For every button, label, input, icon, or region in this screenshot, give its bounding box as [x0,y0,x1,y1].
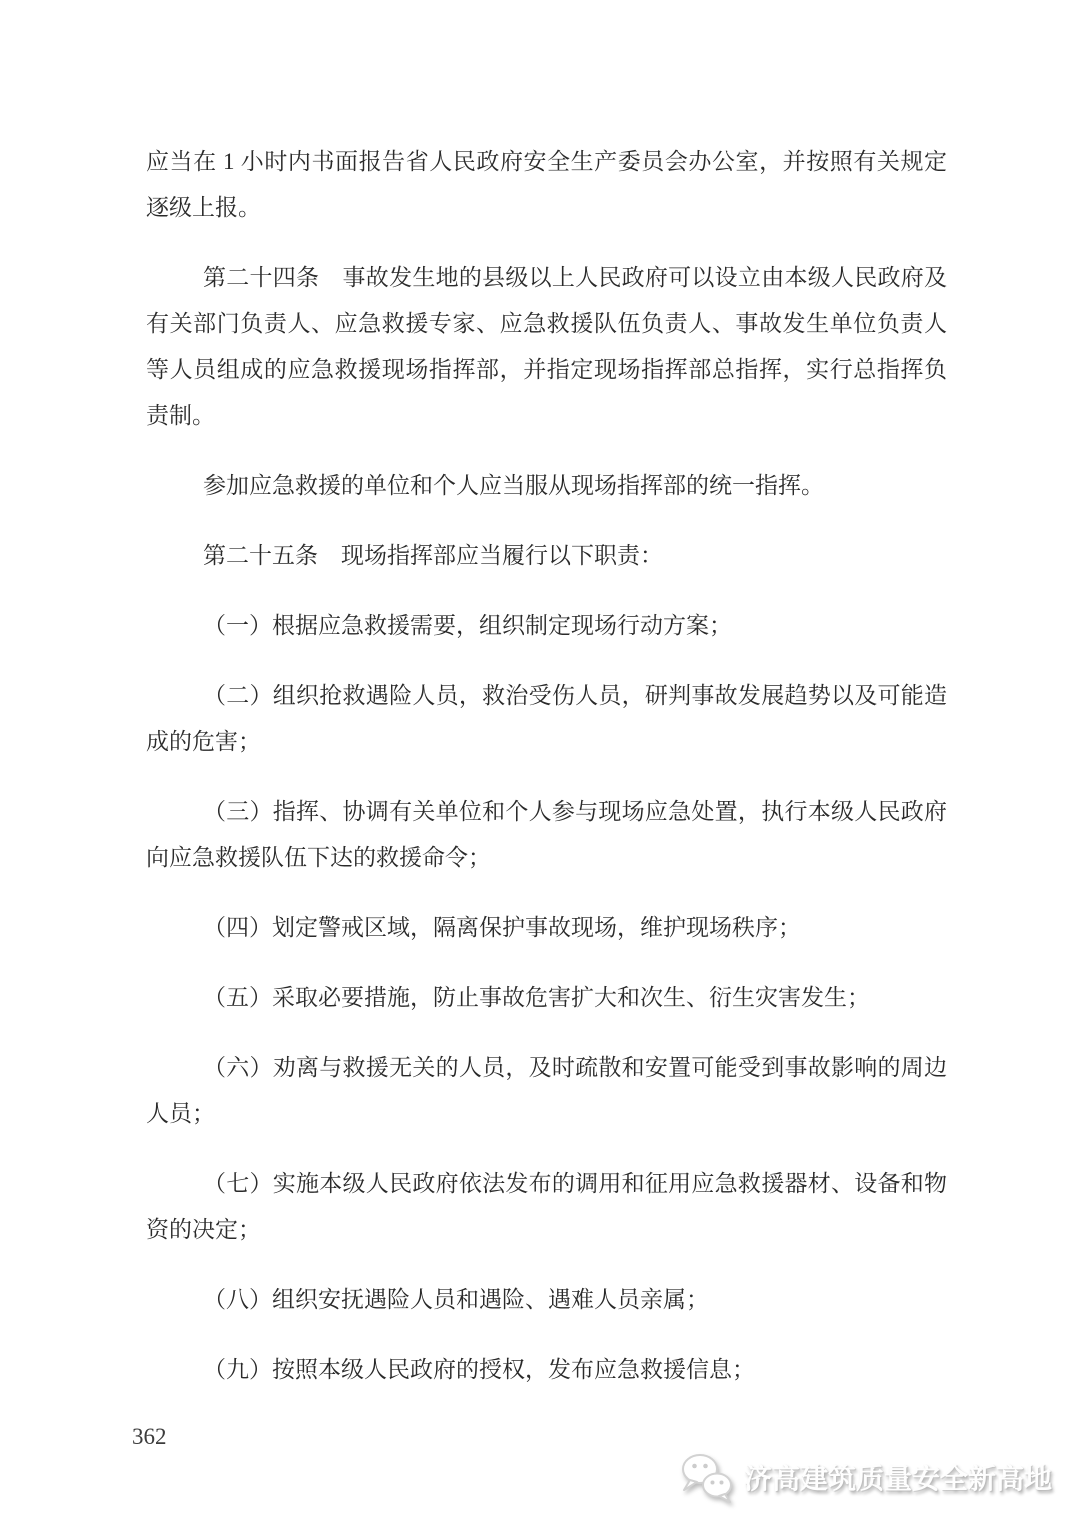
duty-item-5: （五）采取必要措施，防止事故危害扩大和次生、衍生灾害发生； [146,975,947,1021]
paragraph-article-25-heading: 第二十五条 现场指挥部应当履行以下职责： [146,533,947,579]
duty-item-9: （九）按照本级人民政府的授权，发布应急救援信息； [146,1347,947,1393]
duty-item-6: （六）劝离与救援无关的人员，及时疏散和安置可能受到事故影响的周边人员； [146,1045,947,1137]
duty-item-3: （三）指挥、协调有关单位和个人参与现场应急处置，执行本级人民政府向应急救援队伍下… [146,789,947,881]
duty-item-8: （八）组织安抚遇险人员和遇险、遇难人员亲属； [146,1277,947,1323]
document-body: 应当在 1 小时内书面报告省人民政府安全生产委员会办公室，并按照有关规定逐级上报… [146,139,947,1417]
paragraph-unified-command: 参加应急救援的单位和个人应当服从现场指挥部的统一指挥。 [146,463,947,509]
paragraph-report-continuation: 应当在 1 小时内书面报告省人民政府安全生产委员会办公室，并按照有关规定逐级上报… [146,139,947,231]
page-number: 362 [132,1424,167,1449]
duty-item-2: （二）组织抢救遇险人员，救治受伤人员，研判事故发展趋势以及可能造成的危害； [146,673,947,765]
watermark-text: 济高建筑质量安全新高地 [744,1457,1052,1497]
paragraph-article-24: 第二十四条 事故发生地的县级以上人民政府可以设立由本级人民政府及有关部门负责人、… [146,255,947,439]
duty-item-7: （七）实施本级人民政府依法发布的调用和征用应急救援器材、设备和物资的决定； [146,1161,947,1253]
duty-item-4: （四）划定警戒区域，隔离保护事故现场，维护现场秩序； [146,905,947,951]
watermark-footer: 济高建筑质量安全新高地 [677,1448,1052,1506]
duty-item-1: （一）根据应急救援需要，组织制定现场行动方案； [146,603,947,649]
wechat-icon [677,1450,735,1504]
